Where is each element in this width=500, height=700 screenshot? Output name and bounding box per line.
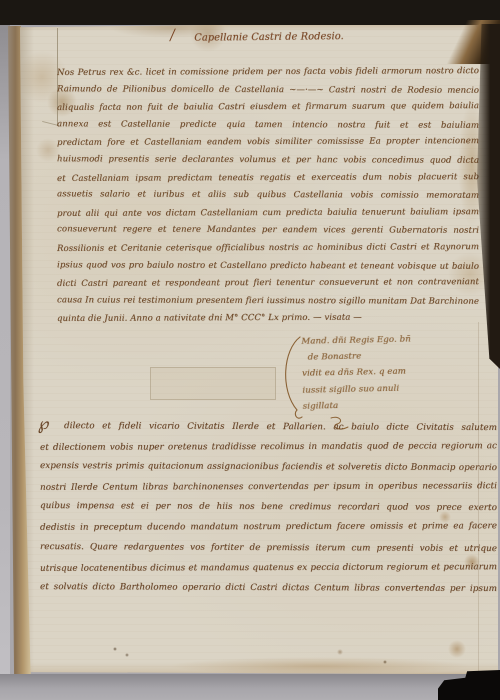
page-heading: Capellanie Castri de Rodesio. — [180, 31, 358, 44]
note-line: sigillata — [303, 395, 473, 415]
note-bracket-icon — [278, 334, 304, 422]
text-line: aliqualis facta non fuit de baiulia Cast… — [57, 98, 479, 117]
manuscript-page: Capellanie Castri de Rodesio. Nos Petrus… — [20, 22, 498, 678]
chancery-note: Mand. dñi Regis Ego. bñ de Bonastre vidi… — [301, 330, 473, 414]
text-line: utrisque locatenentibus dicimus et manda… — [40, 557, 497, 579]
text-line: dilecto et fideli vicario Civitatis Iler… — [40, 416, 497, 438]
show-through-mark — [150, 367, 276, 400]
text-line: et solvatis dicto Bartholomeo operario d… — [40, 577, 497, 599]
text-line: ipsius quod vos pro baiulo nostro et Cas… — [57, 257, 479, 276]
text-line: consueverunt regere et tenere Mandantes … — [57, 222, 479, 241]
text-line: expensis vestris primis quitacionum assi… — [40, 456, 497, 478]
text-line: dedistis in preceptum ducendo mandatum n… — [40, 517, 497, 539]
text-line: Raimundo de Pilionibus domicello de Cast… — [57, 81, 479, 100]
text-line: recusatis. Quare redarguentes vos fortit… — [40, 537, 497, 559]
text-line: causa In cuius rei testimonium presentem… — [57, 292, 479, 311]
heading-flourish-icon — [169, 28, 176, 41]
text-line: et Castellaniam ipsam predictam teneatis… — [57, 169, 479, 188]
text-line: Nos Petrus rex &c. licet in comissione p… — [57, 63, 479, 82]
text-line: predictam fore et Castellaniam eandem vo… — [57, 133, 479, 152]
text-line: Rossilionis et Ceritanie ceterisque offi… — [57, 239, 479, 258]
text-line: annexa est Castellanie predicte quia tam… — [57, 116, 479, 135]
text-line: dicti Castri pareant et respondeant prou… — [57, 274, 479, 293]
text-line: huiusmodi presentis serie declarantes vo… — [57, 151, 479, 170]
table-surface — [0, 25, 10, 700]
bottom-shadow — [0, 674, 500, 700]
text-line: et dilectionem vobis nuper oretenus trad… — [40, 436, 497, 458]
text-line: quibus impensa est ei per nos de hiis no… — [40, 496, 497, 518]
text-line-dateline: quinta die Junii. Anno a nativitate dni … — [57, 309, 479, 328]
photo-backdrop-top — [0, 0, 500, 25]
text-line: prout alii qui ante vos dictam Castellan… — [57, 204, 479, 223]
body-paragraph-2: dilecto et fideli vicario Civitatis Iler… — [40, 417, 497, 598]
text-line: nostri Ilerde Centum libras barchinonens… — [40, 476, 497, 498]
text-line: assuetis salario et iuribus et aliis sub… — [57, 186, 479, 205]
body-paragraph-1: Nos Petrus rex &c. licet in comissione p… — [57, 64, 479, 328]
